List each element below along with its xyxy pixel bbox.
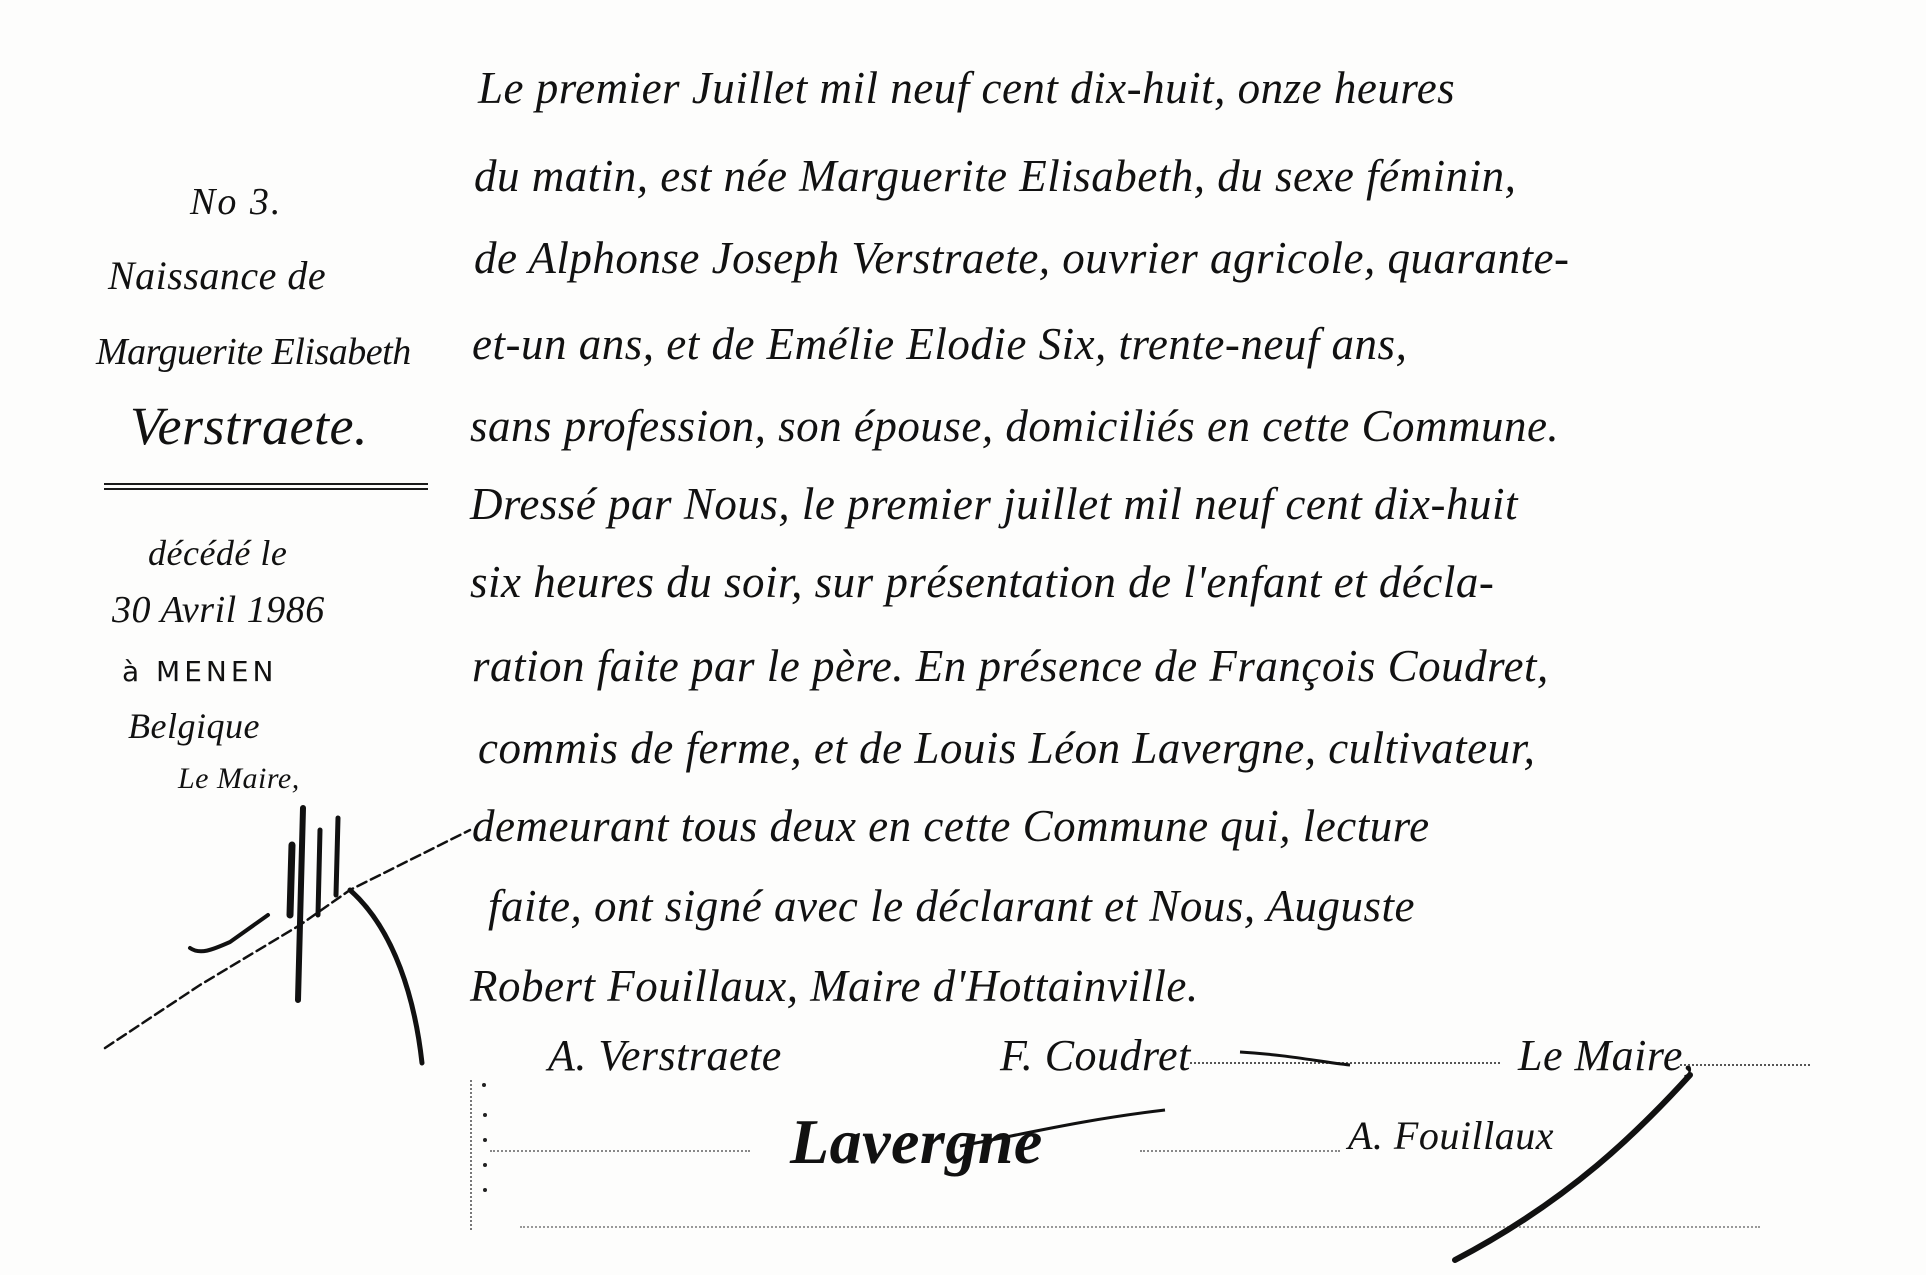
margin-title-surname: Verstraete. [130,395,368,457]
margin-mayor-signature-icon [105,808,470,1063]
signature-witness-2: Lavergne [790,1105,1043,1179]
signature-witness-1: F. Coudret [1000,1030,1191,1081]
body-line-4: et-un ans, et de Emélie Elodie Six, tren… [472,318,1407,370]
form-dotted-line [490,1150,750,1152]
body-line-9: commis de ferme, et de Louis Léon Laverg… [478,722,1535,774]
margin-title-line-2: Marguerite Elisabeth [96,330,411,374]
body-line-3: de Alphonse Joseph Verstraete, ouvrier a… [474,232,1569,284]
death-note-place: à MENEN [122,655,278,688]
body-line-10: demeurant tous deux en cette Commune qui… [472,800,1430,852]
body-line-6: Dressé par Nous, le premier juillet mil … [470,478,1518,530]
form-dotted-line [520,1226,1760,1228]
body-line-8: ration faite par le père. En présence de… [472,640,1549,692]
body-line-12: Robert Fouillaux, Maire d'Hottainville. [470,960,1199,1012]
form-dotted-line [1190,1062,1500,1064]
body-line-7: six heures du soir, sur présentation de … [470,556,1494,608]
entry-number: No 3. [190,180,282,224]
signature-declarant: A. Verstraete [548,1030,782,1081]
mayor-signature-tail-icon [1455,1075,1690,1260]
body-line-11: faite, ont signé avec le déclarant et No… [488,880,1415,932]
margin-divider [104,483,428,490]
body-line-1: Le premier Juillet mil neuf cent dix-hui… [478,62,1455,114]
signature-mayor: A. Fouillaux [1348,1112,1554,1159]
form-dotted-line [1140,1150,1340,1152]
form-dotted-line [1680,1064,1810,1066]
body-line-2: du matin, est née Marguerite Elisabeth, … [474,150,1516,202]
margin-title-line-1: Naissance de [108,252,326,299]
scanned-document-page: No 3. Naissance de Marguerite Elisabeth … [0,0,1926,1275]
mayor-label: Le Maire, [1518,1030,1694,1081]
death-note-line-1: décédé le [148,532,287,574]
form-dotted-margin [470,1080,472,1230]
death-note-date: 30 Avril 1986 [112,588,325,632]
body-line-5: sans profession, son épouse, domiciliés … [470,400,1559,452]
death-note-country: Belgique [128,705,260,747]
death-note-signer-label: Le Maire, [178,762,300,796]
